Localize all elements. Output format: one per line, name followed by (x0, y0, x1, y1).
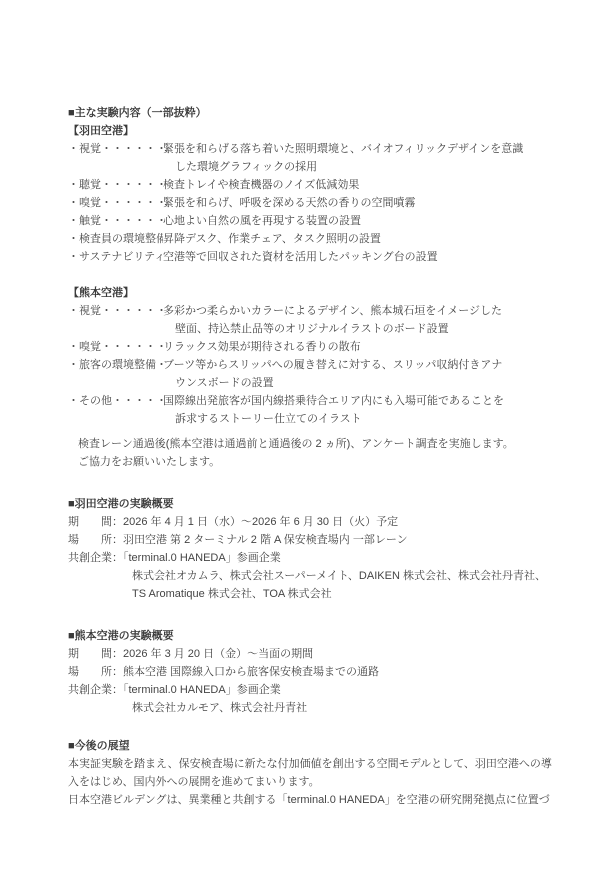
overview-row-period: 期 間：2026 年 4 月 1 日（水）～2026 年 6 月 30 日（火）… (68, 513, 552, 531)
survey-note-line: 検査レーン通過後(熊本空港は通過前と通過後の 2 ヵ所)、アンケート調査を実施し… (78, 435, 552, 453)
overview-row-place: 場 所：熊本空港 国際線入口から旅客保安検査場までの通路 (68, 663, 552, 681)
bullet-label: ・視覚・・・・・・・・ (68, 302, 163, 320)
list-item: ・その他・・・・・・・ 国際線出発旅客が国内線搭乗待合エリア内にも入場可能である… (68, 392, 552, 428)
overview-row-partner: 共創企業：「terminal.0 HANEDA」参画企業 (68, 681, 552, 699)
section-heading-haneda-overview: ■羽田空港の実験概要 (68, 495, 552, 513)
section-heading-experiment-content: ■主な実験内容（一部抜粋） (68, 104, 552, 122)
list-item: ・聴覚・・・・・・・・ 検査トレイや検査機器のノイズ低減効果 (68, 176, 552, 194)
section-heading-kumamoto-overview: ■熊本空港の実験概要 (68, 627, 552, 645)
survey-note-line: ご協力をお願いいたします。 (78, 453, 552, 471)
bullet-description: 心地よい自然の風を再現する装置の設置 (163, 212, 552, 230)
bullet-line: 心地よい自然の風を再現する装置の設置 (163, 212, 552, 230)
bullet-label: ・サステナビリティ・・ (68, 248, 163, 266)
bullet-label: ・嗅覚・・・・・・・・ (68, 338, 163, 356)
bullet-line: 多彩かつ柔らかいカラーによるデザイン、熊本城石垣をイメージした (163, 302, 552, 320)
bullet-label: ・その他・・・・・・・ (68, 392, 163, 410)
list-item: ・検査員の環境整備・・ 昇降デスク、作業チェア、タスク照明の設置 (68, 230, 552, 248)
bullet-line: 昇降デスク、作業チェア、タスク照明の設置 (163, 230, 552, 248)
document-content: ■主な実験内容（一部抜粋） 【羽田空港】 ・視覚・・・・・・・・ 緊張を和らげる… (68, 104, 552, 809)
list-item: ・視覚・・・・・・・・ 緊張を和らげる落ち着いた照明環境と、バイオフィリックデザ… (68, 140, 552, 176)
outlook-paragraph-line: 入をはじめ、国内外への展開を進めてまいります。 (68, 773, 552, 791)
bullet-line: 空港等で回収された資材を活用したパッキング台の設置 (163, 248, 552, 266)
bullet-line: 壁面、持込禁止品等のオリジナルイラストのボード設置 (163, 320, 552, 338)
overview-row-place: 場 所：羽田空港 第 2 ターミナル 2 階 A 保安検査場内 一部レーン (68, 531, 552, 549)
bullet-label: ・検査員の環境整備・・ (68, 230, 163, 248)
bullet-description: 緊張を和らげ、呼吸を深める天然の香りの空間噴霧 (163, 194, 552, 212)
bullet-line: 緊張を和らげ、呼吸を深める天然の香りの空間噴霧 (163, 194, 552, 212)
survey-note-paragraph: 検査レーン通過後(熊本空港は通過前と通過後の 2 ヵ所)、アンケート調査を実施し… (68, 435, 552, 471)
bullet-line: 緊張を和らげる落ち着いた照明環境と、バイオフィリックデザインを意識 (163, 140, 552, 158)
section-heading-outlook: ■今後の展望 (68, 737, 552, 755)
bullet-line: 訴求するストーリー仕立てのイラスト (163, 410, 552, 428)
list-item: ・サステナビリティ・・ 空港等で回収された資材を活用したパッキング台の設置 (68, 248, 552, 266)
bullet-line: ウンスボードの設置 (163, 374, 552, 392)
bullet-description: リラックス効果が期待される香りの散布 (163, 338, 552, 356)
bullet-description: 空港等で回収された資材を活用したパッキング台の設置 (163, 248, 552, 266)
bullet-label: ・視覚・・・・・・・・ (68, 140, 163, 158)
subheading-kumamoto-airport: 【熊本空港】 (68, 284, 552, 302)
overview-row-period: 期 間：2026 年 3 月 20 日（金）～当面の期間 (68, 645, 552, 663)
list-item: ・触覚・・・・・・・・ 心地よい自然の風を再現する装置の設置 (68, 212, 552, 230)
overview-row-partner-companies: TS Aromatique 株式会社、TOA 株式会社 (68, 585, 552, 603)
bullet-description: 緊張を和らげる落ち着いた照明環境と、バイオフィリックデザインを意識 した環境グラ… (163, 140, 552, 176)
list-item: ・嗅覚・・・・・・・・ リラックス効果が期待される香りの散布 (68, 338, 552, 356)
list-item: ・旅客の環境整備・・・ ブーツ等からスリッパへの履き替えに対する、スリッパ収納付… (68, 356, 552, 392)
bullet-line: リラックス効果が期待される香りの散布 (163, 338, 552, 356)
outlook-paragraph-line: 本実証実験を踏まえ、保安検査場に新たな付加価値を創出する空間モデルとして、羽田空… (68, 755, 552, 773)
bullet-label: ・嗅覚・・・・・・・・ (68, 194, 163, 212)
bullet-description: 昇降デスク、作業チェア、タスク照明の設置 (163, 230, 552, 248)
bullet-description: 国際線出発旅客が国内線搭乗待合エリア内にも入場可能であることを 訴求するストーリ… (163, 392, 552, 428)
overview-row-partner-companies: 株式会社カルモア、株式会社丹青社 (68, 699, 552, 717)
bullet-label: ・旅客の環境整備・・・ (68, 356, 163, 374)
bullet-line: ブーツ等からスリッパへの履き替えに対する、スリッパ収納付きアナ (163, 356, 552, 374)
overview-row-partner: 共創企業：「terminal.0 HANEDA」参画企業 (68, 549, 552, 567)
list-item: ・嗅覚・・・・・・・・ 緊張を和らげ、呼吸を深める天然の香りの空間噴霧 (68, 194, 552, 212)
bullet-line: 国際線出発旅客が国内線搭乗待合エリア内にも入場可能であることを (163, 392, 552, 410)
overview-row-partner-companies: 株式会社オカムラ、株式会社スーパーメイト、DAIKEN 株式会社、株式会社丹青社… (68, 567, 552, 585)
bullet-line: 検査トレイや検査機器のノイズ低減効果 (163, 176, 552, 194)
bullet-line: した環境グラフィックの採用 (163, 158, 552, 176)
bullet-label: ・聴覚・・・・・・・・ (68, 176, 163, 194)
list-item: ・視覚・・・・・・・・ 多彩かつ柔らかいカラーによるデザイン、熊本城石垣をイメー… (68, 302, 552, 338)
bullet-label: ・触覚・・・・・・・・ (68, 212, 163, 230)
document-page: ■主な実験内容（一部抜粋） 【羽田空港】 ・視覚・・・・・・・・ 緊張を和らげる… (0, 0, 615, 870)
bullet-description: ブーツ等からスリッパへの履き替えに対する、スリッパ収納付きアナ ウンスボードの設… (163, 356, 552, 392)
bullet-description: 多彩かつ柔らかいカラーによるデザイン、熊本城石垣をイメージした 壁面、持込禁止品… (163, 302, 552, 338)
outlook-paragraph-line: 日本空港ビルデングは、異業種と共創する「terminal.0 HANEDA」を空… (68, 791, 552, 809)
bullet-description: 検査トレイや検査機器のノイズ低減効果 (163, 176, 552, 194)
subheading-haneda-airport: 【羽田空港】 (68, 122, 552, 140)
